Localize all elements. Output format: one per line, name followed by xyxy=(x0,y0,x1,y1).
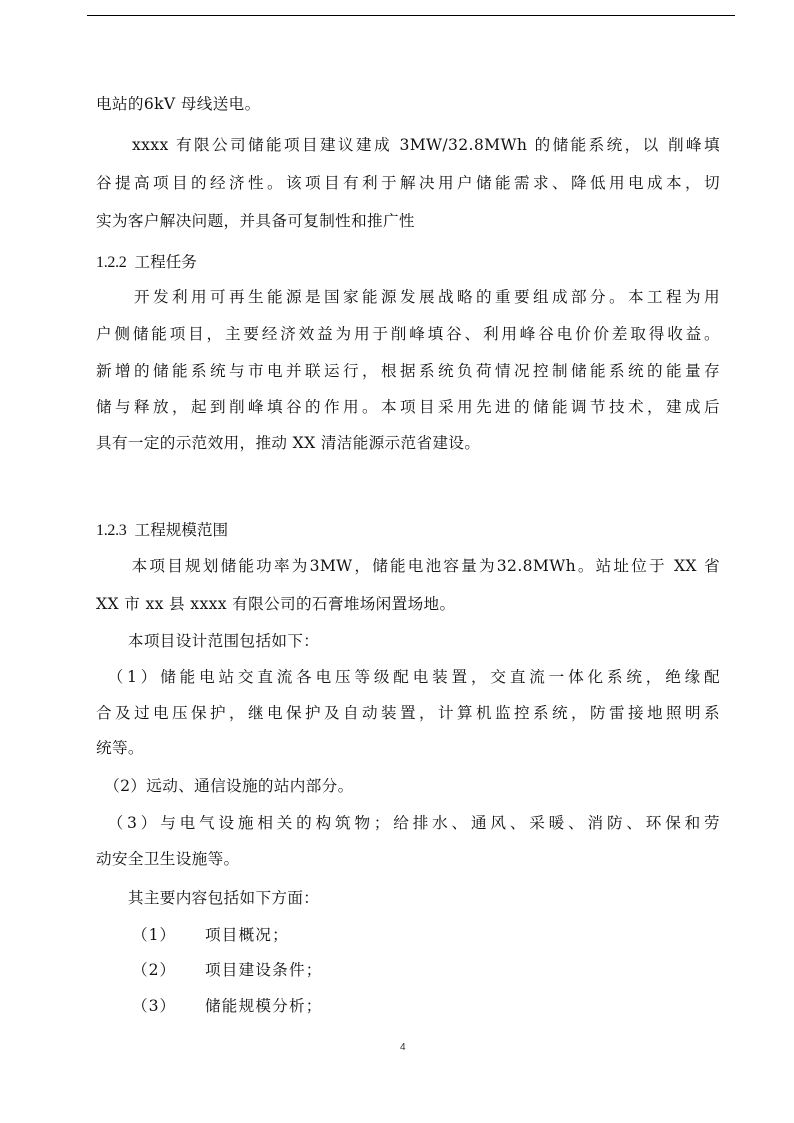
paragraph-line: 储与释放，起到削峰填谷的作用。本项目采用先进的储能调节技术，建成后 xyxy=(96,395,720,419)
section-title: 工程规模范围 xyxy=(135,521,229,539)
section-heading-1-2-2: 1.2.2工程任务 xyxy=(96,250,197,274)
intro-line: 电站的6kV 母线送电。 xyxy=(96,92,720,116)
list-marker: （2） xyxy=(132,958,205,982)
section-title: 工程任务 xyxy=(135,253,197,271)
paragraph-line: 新增的储能系统与市电并联运行，根据系统负荷情况控制储能系统的能量存 xyxy=(96,359,720,383)
page-number: 4 xyxy=(400,1042,406,1053)
list-marker: （3） xyxy=(132,994,205,1018)
scope-item-line: 动安全卫生设施等。 xyxy=(96,847,720,871)
intro-paragraph-line: 实为客户解决问题，并具备可复制性和推广性 xyxy=(96,209,720,233)
content-list-item: （3）储能规模分析； xyxy=(132,994,323,1018)
content-list-item: （1）项目概况； xyxy=(132,923,289,947)
list-marker: （1） xyxy=(132,923,205,947)
paragraph-line: 本项目规划储能功率为3MW，储能电池容量为32.8MWh。站址位于 XX 省 xyxy=(96,554,720,578)
section-number: 1.2.2 xyxy=(96,254,127,271)
intro-paragraph-line: 谷提高项目的经济性。该项目有利于解决用户储能需求、降低用电成本，切 xyxy=(96,171,720,195)
header-rule xyxy=(87,15,735,16)
scope-item-line: （3）与电气设施相关的构筑物；给排水、通风、采暖、消防、环保和劳 xyxy=(96,811,720,835)
scope-item-line: 统等。 xyxy=(96,736,720,760)
section-number: 1.2.3 xyxy=(96,522,127,539)
content-list-item: （2）项目建设条件； xyxy=(132,958,323,982)
list-text: 项目概况； xyxy=(205,926,289,944)
paragraph-line: XX 市 xx 县 xxxx 有限公司的石膏堆场闲置场地。 xyxy=(96,592,720,616)
scope-item-line: （2）远动、通信设施的站内部分。 xyxy=(96,774,720,798)
section-heading-1-2-3: 1.2.3工程规模范围 xyxy=(96,518,228,542)
intro-paragraph-line: xxxx 有限公司储能项目建议建成 3MW/32.8MWh 的储能系统，以 削峰… xyxy=(96,133,720,157)
paragraph-line: 具有一定的示范效用，推动 XX 清洁能源示范省建设。 xyxy=(96,431,720,455)
scope-intro: 本项目设计范围包括如下： xyxy=(96,629,720,653)
content-intro: 其主要内容包括如下方面： xyxy=(96,886,720,910)
paragraph-line: 开发利用可再生能源是国家能源发展战略的重要组成部分。本工程为用 xyxy=(96,285,720,309)
scope-item-line: 合及过电压保护，继电保护及自动装置，计算机监控系统，防雷接地照明系 xyxy=(96,701,720,725)
scope-item-line: （1）储能电站交直流各电压等级配电装置，交直流一体化系统，绝缘配 xyxy=(96,665,720,689)
list-text: 储能规模分析； xyxy=(205,997,323,1015)
paragraph-line: 户侧储能项目，主要经济效益为用于削峰填谷、利用峰谷电价价差取得收益。 xyxy=(96,322,720,346)
list-text: 项目建设条件； xyxy=(205,961,323,979)
